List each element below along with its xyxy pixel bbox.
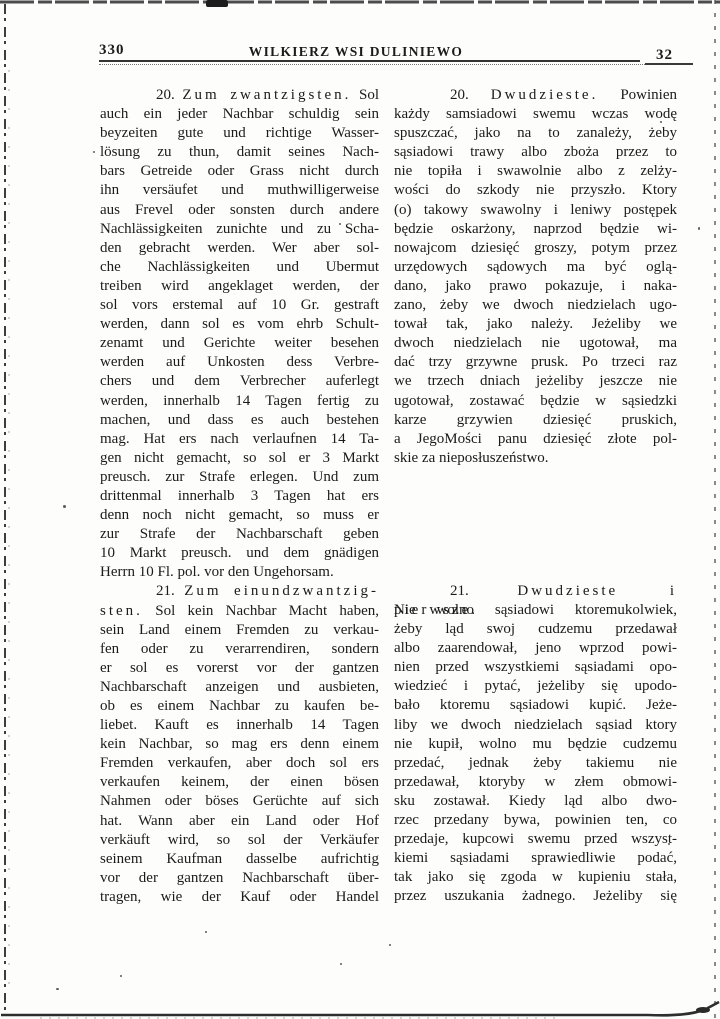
speck [340, 963, 342, 965]
text-line: Nahmen oder böses Gerüchte auf sich [100, 792, 379, 811]
text-line: przedać, jednak żeby takiemu nie [394, 754, 677, 773]
text-line: kein Nachbar, so mag ers denn einem [100, 735, 379, 754]
text-line: wości do szkody nie przyszło. Ktory [394, 181, 677, 200]
text-line: nien przed wszystkiemi sąsiadami opo- [394, 658, 677, 677]
text-line: seinem Kaufman dasselbe aufrichtig [100, 850, 379, 869]
section-heading: Dwudzieste. [491, 87, 599, 103]
speck [389, 944, 391, 946]
text-line: ugotował, zostawać będzie w sąsiedzki [394, 392, 677, 411]
text-line: karze grzywien dziesięć pruskich, [394, 411, 677, 430]
text-line: każdy samsiadowi swemu wczas wodę [394, 105, 677, 124]
text-line: sten. Sol kein Nachbar Macht haben, [100, 602, 379, 621]
text-line: Fremden verkaufen, aber doch sol ers [100, 754, 379, 773]
text-line: przedaje, kupcowi swemu przed wszyst- [394, 830, 677, 849]
speck [339, 223, 341, 225]
text-line: che Nachlässigkeiten und Ubermut [100, 258, 379, 277]
text-line: dano, jako prawo pokazuje, i naka- [394, 277, 677, 296]
text-line: dwoch niedzielach nie ugotował, ma [394, 334, 677, 353]
text-line: sein Land einem Fremden zu verkau- [100, 621, 379, 640]
left-column-german: 20. Zum zwantzigsten. Solauch ein jeder … [100, 86, 379, 907]
text-line: a JegoMości panu dziesięć złote pol- [394, 430, 677, 449]
text-line: zenamt und Gerichte weiter besehen [100, 334, 379, 353]
text-line: Nachlässigkeiten zunichte und zu Scha- [100, 220, 379, 239]
text-line: lösung zu thun, damit seines Nach- [100, 143, 379, 162]
text-line: drittenmal innerhalb 3 Tagen hat ers [100, 487, 379, 506]
text-line: preusch. zur Strafe erlegen. Und zum [100, 468, 379, 487]
text-line: będzie oskarżony, naprzod będzie wi- [394, 220, 677, 239]
text-line: liebet. Kauft es innerhalb 14 Tagen [100, 716, 379, 735]
text-line: sol vors erstemal auf 10 Gr. gestraft [100, 296, 379, 315]
speck [63, 505, 66, 508]
text-line: rzec przedany bywa, powinien ten, co [394, 811, 677, 830]
text-line: sąsiadowi trawy albo zboża przez to [394, 143, 677, 162]
speck [205, 931, 207, 933]
section-heading: Zum einundzwantzig- [184, 583, 379, 599]
text-line: tował tak, jako należy. Jeżeliby we [394, 315, 677, 334]
header-rule-dotted [99, 64, 661, 65]
text-line: werden, innerhalb 14 Tagen fertig zu [100, 392, 379, 411]
text-line: beyzeiten gute und richtige Wasser- [100, 124, 379, 143]
text-line: bało ktoremu sąsiadowi kupić. Jeże- [394, 696, 677, 715]
text-line: zano, żeby we dwoch niedzielach ugo- [394, 296, 677, 315]
speck [120, 975, 122, 977]
text-line: verkaufen keinem, der einen bösen [100, 773, 379, 792]
text-line: liby we dwoch niedzielach sąsiad ktory [394, 716, 677, 735]
scanned-book-page: 330 WILKIERZ WSI DULINIEWO 32 20. Zum zw… [0, 0, 720, 1019]
text-line: Herrn 10 Fl. pol. vor den Ungehorsam. [100, 563, 379, 582]
bottom-edge-hook-blob [696, 1007, 710, 1013]
text-line: verkäuft wird, so sol der Verkäufer [100, 831, 379, 850]
paragraph-de-20: 20. Zum zwantzigsten. Solauch ein jeder … [100, 86, 379, 582]
text-line: gen nicht gemacht, so sol er 3 Markt [100, 449, 379, 468]
text-line: kiemi sąsiadami sprawiedliwie podać, [394, 849, 677, 868]
text-line: bars Getreide oder Grass nicht durch [100, 162, 379, 181]
text-line: albo zaarendował, jeno wprzod powi- [394, 639, 677, 658]
text-line: ob es einem Nachbar zu kaufen be- [100, 697, 379, 716]
text-line: przedawał, ktoryby w złem obmowi- [394, 773, 677, 792]
page-number-right: 32 [656, 47, 673, 64]
speck [660, 121, 662, 123]
text-line: 20. Dwudzieste. Powinien [394, 86, 677, 105]
text-line: hat. Wann aber ein Land oder Hof [100, 812, 379, 831]
section-heading: Zum zwantzigsten. [182, 87, 351, 103]
text-line: nowajcom dziesięć groszy, potym przez [394, 239, 677, 258]
text-line: mag. Hat ers nach verlaufnen 14 Ta- [100, 430, 379, 449]
text-line: tak jako się zgoda w kupieniu stała, [394, 868, 677, 887]
speck [56, 988, 59, 990]
text-line: zur Strafe der Nachbarschaft geben [100, 525, 379, 544]
text-line: we trzech dniach jeżeliby jeszcze nie [394, 372, 677, 391]
text-line: er sol es vorerst vor der gantzen [100, 659, 379, 678]
text-line: vor der gantzen Nachbarschaft über- [100, 869, 379, 888]
text-line: machen, und dass es auch bestehen [100, 411, 379, 430]
text-line: tragen, wie der Kauf oder Handel [100, 888, 379, 907]
text-line: 10 Markt preusch. und dem gnädigen [100, 544, 379, 563]
text-line: fen oder zu verarrendiren, sondern [100, 640, 379, 659]
text-line: 20. Zum zwantzigsten. Sol [100, 86, 379, 105]
paragraph-pl-21: 21. Dwudzieste i pierwsze.Nie wolno sąsi… [394, 582, 677, 907]
text-line: nie topiła i swawolnie albo z zelży- [394, 162, 677, 181]
text-line: aus Frevel oder sonsten durch andere [100, 201, 379, 220]
text-line: żeby ląd swoj cudzemu przedawał [394, 620, 677, 639]
text-line: ihn versäufet und muthwilligerweise [100, 181, 379, 200]
text-line: chers und dem Verbrecher auferlegt [100, 372, 379, 391]
text-line: 21. Zum einundzwantzig- [100, 582, 379, 601]
text-line: denn noch nicht gemacht, so muss er [100, 506, 379, 525]
paragraph-pl-20: 20. Dwudzieste. Powinienkażdy samsiadowi… [394, 86, 677, 468]
page-number-right-underline [645, 63, 693, 65]
text-line: werden, dann sol es vom ehrb Schult- [100, 315, 379, 334]
text-line: skie za nieposłuszeństwo. [394, 449, 677, 468]
text-line: przez uszukania żadnego. Jeżeliby się [394, 887, 677, 906]
text-line: sku zostawał. Kiedy ląd albo dwo- [394, 792, 677, 811]
speck [698, 227, 700, 230]
paragraph-de-21: 21. Zum einundzwantzig-sten. Sol kein Na… [100, 582, 379, 907]
text-line: urzędowych sądowych ma być oglą- [394, 258, 677, 277]
right-column-polish: 20. Dwudzieste. Powinienkażdy samsiadowi… [394, 86, 677, 906]
speck [668, 843, 670, 845]
top-edge-blob [206, 0, 228, 7]
text-line: treiben wird angeklaget werden, der [100, 277, 379, 296]
text-line: auch ein jeder Nachbar schuldig sein [100, 105, 379, 124]
section-heading: sten. [100, 603, 143, 619]
text-line: wiedzieć i pytać, jeżeliby się upodo- [394, 677, 677, 696]
text-line: Nachbarschaft anzeigen und ausbieten, [100, 678, 379, 697]
text-line: den gebracht werden. Wer aber sol- [100, 239, 379, 258]
text-line: Nie wolno sąsiadowi ktoremukolwiek, [394, 601, 677, 620]
running-title: WILKIERZ WSI DULINIEWO [0, 44, 712, 60]
text-line: nie kupił, wolno mu będzie cudzemu [394, 735, 677, 754]
speck [93, 151, 95, 153]
text-line: 21. Dwudzieste i pierwsze. [394, 582, 677, 601]
text-line: dać trzy grzywne prusk. Po trzeci raz [394, 353, 677, 372]
text-line: werden auf Unkosten dess Verbre- [100, 353, 379, 372]
header-rule [99, 60, 640, 62]
text-line: spuszczać, jako na to zanależy, żeby [394, 124, 677, 143]
text-line: (o) takowy swawolny i leniwy postępek [394, 201, 677, 220]
